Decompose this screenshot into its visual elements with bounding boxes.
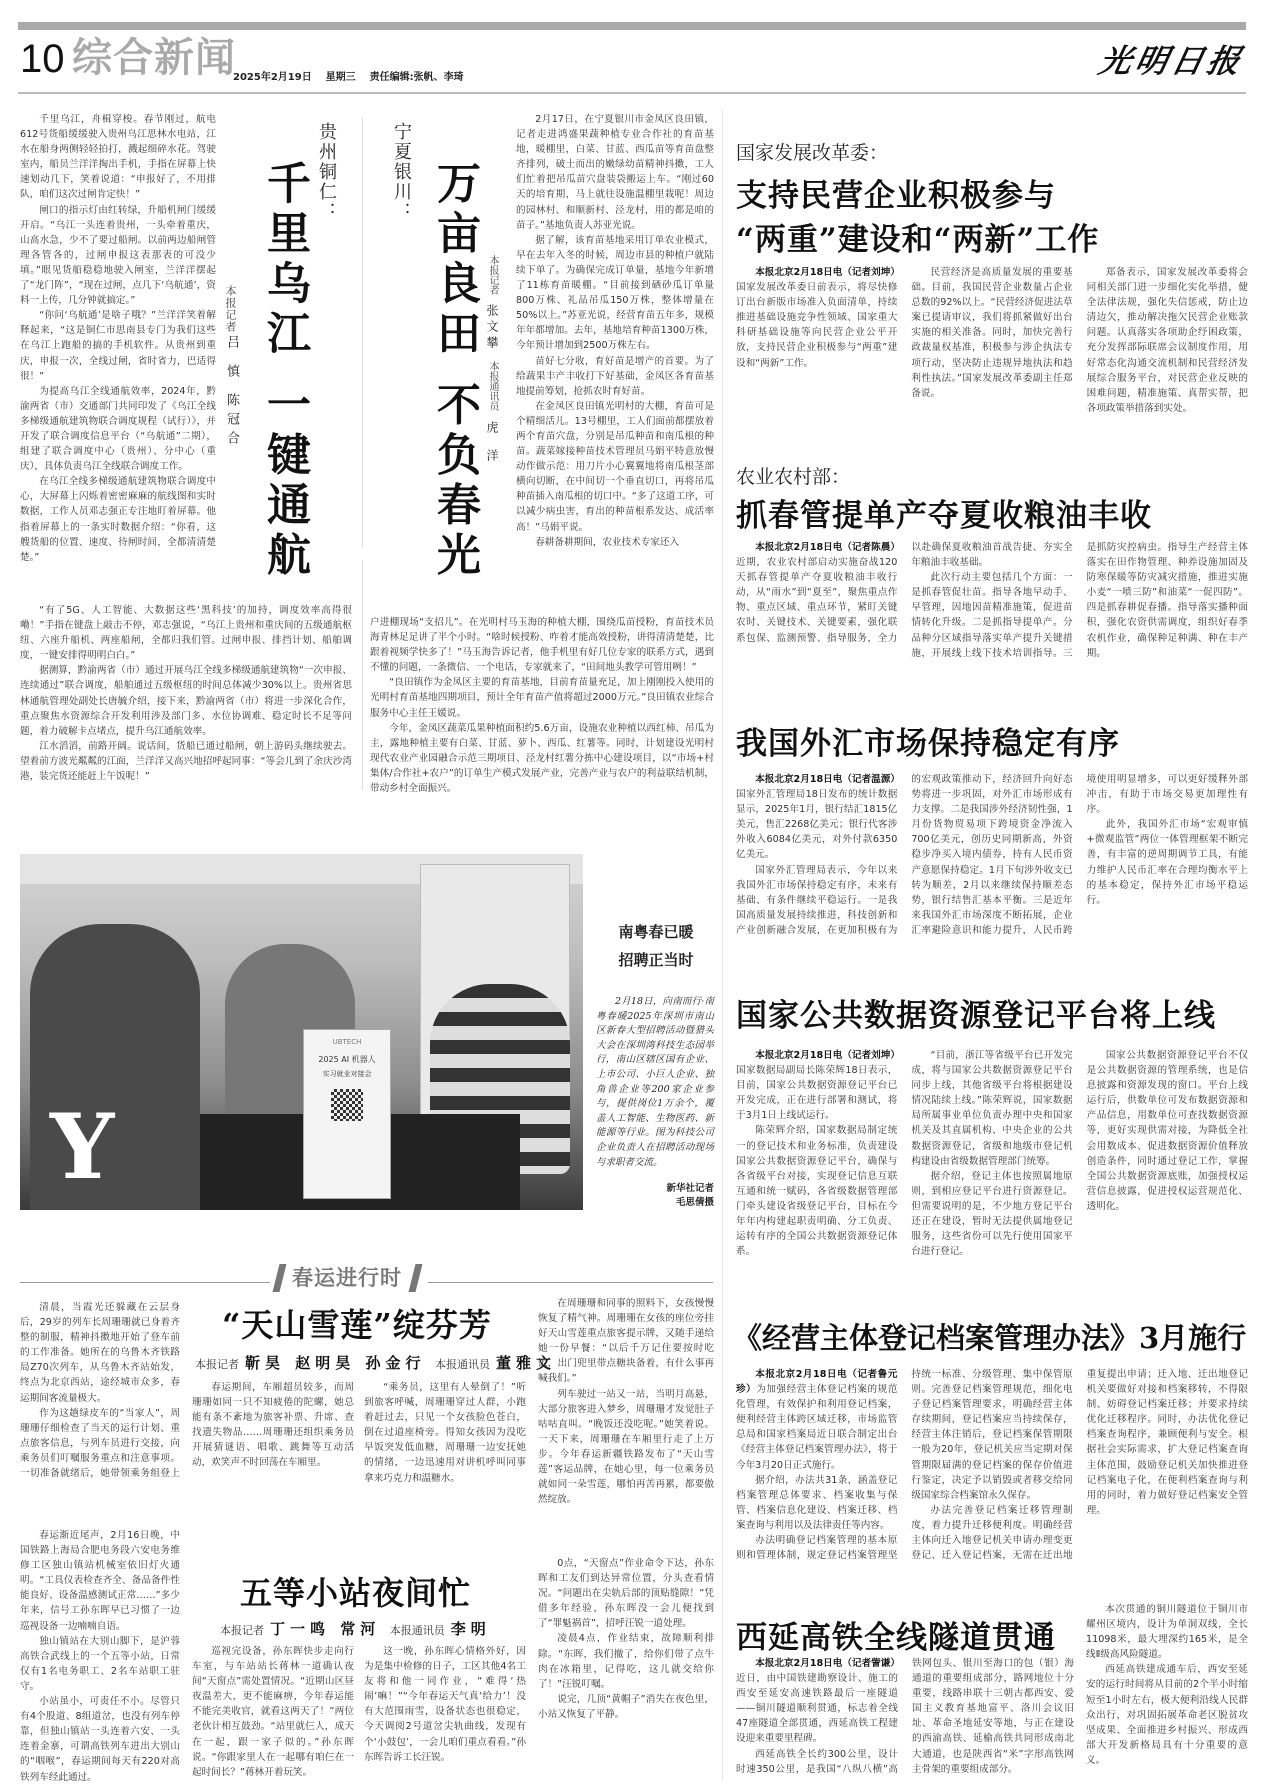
- editors: 责任编辑:张帆、李琦: [370, 72, 464, 83]
- tianshan-body-col3: “乘务员，这里有人晕倒了！”听到旅客呼喊，周珊珊穿过人群，小跑着赶过去，只见一个…: [364, 1380, 526, 1486]
- dateline: 本报北京2月18日电（记者温源）: [755, 774, 900, 785]
- banner-slash-icon: [409, 1264, 423, 1292]
- paragraph: “有了5G、人工智能、大数据这些‘黑科技’的加持，调度效率高得很嘞！”手指在键盘…: [20, 603, 352, 663]
- paragraph: “乘务员，这里有人晕倒了！”听到旅客呼喊，周珊珊穿过人群，小跑着赶过去，只见一个…: [364, 1380, 526, 1486]
- section-banner: 春运进行时: [292, 1262, 402, 1292]
- text-column: 本报北京2月18日电（记者刘坤）国家发展改革委日前表示，将尽快修订出台新版市场准…: [736, 265, 897, 416]
- paragraph: 近日，由中国铁建勘察设计、施工的西安至延安高速铁路最后一座隧道——铜川隧道顺利贯…: [736, 1673, 898, 1744]
- section-banner-rule-left: [20, 1282, 270, 1283]
- sign-text: 实习就业对接会: [304, 1069, 390, 1079]
- data-platform-headline: 国家公共数据资源登记平台将上线: [736, 990, 1216, 1035]
- paragraph: “良田镇作为金凤区主要的育苗基地，目前育苗量充足，加上刚刚投入使用的光明村育苗基…: [370, 675, 714, 720]
- paragraph: 清晨，当霞光还躲藏在云层身后，29岁的列车长周珊珊就已身着齐整的制服，精神抖擞地…: [20, 1300, 180, 1406]
- ningxia-headline: 万亩良田 不负春光: [422, 160, 486, 581]
- paragraph: 独山镇站在大别山脚下，是沪蓉高铁合武线上的一个五等小站，日常仅有1名电务职工、2…: [20, 1634, 180, 1694]
- wujiang-kicker: 贵州铜仁：: [313, 122, 339, 222]
- wujiang-byline-label: 本报记者: [222, 285, 238, 333]
- credit-line: 新华社记者: [596, 1182, 714, 1196]
- paragraph: 春运渐近尾声，2月16日晚，中国铁路上海局合肥电务段六安电务维修工区独山镇站机械…: [20, 1528, 180, 1634]
- paragraph: 国家公共数据资源登记平台不仅是公共数据资源的管理系统，也是信息披露和资源发现的窗…: [1087, 1048, 1248, 1214]
- paragraph: 千里乌江，舟楫穿梭。春节刚过，航电612号货船缓缓驶入贵州乌江思林水电站，江水在…: [20, 112, 216, 203]
- small-station-body-col2: 巡视完设备，孙东晖快步走向行车室，与车站站长蒋林一道确认夜间“天窗点”需处置情况…: [192, 1644, 354, 1790]
- paragraph: 为加强经营主体登记档案的规范化管理，有效保护和利用登记档案，便利经营主体跨区域迁…: [736, 1384, 897, 1470]
- ndrc-headline-line2: “两重”建设和“两新”工作: [736, 214, 1099, 259]
- small-station-byline: 本报记者丁一鸣 常河 本报通讯员李明: [220, 1618, 497, 1639]
- masthead-top-bar: [18, 22, 1246, 30]
- paragraph: 0点，“天窗点”作业命令下达，孙东晖和工友们到达异常位置，分头查看情况。“问题出…: [538, 1556, 714, 1631]
- paragraph: 春运期间，车厢超员较多，而周珊珊如同一只不知疲倦的陀螺，她总能有条不紊地为旅客补…: [192, 1380, 354, 1471]
- byline-label: 本报通讯员: [487, 361, 498, 411]
- section-title: 综合新闻: [72, 34, 236, 82]
- paragraph: “目前，浙江等省级平台已开发完成，将与国家公共数据资源登记平台同步上线，其他省级…: [911, 1048, 1072, 1169]
- agri-body: 本报北京2月18日电（记者陈晨）近期，农业农村部启动实施奋战120天抓春管提单产…: [736, 540, 1248, 661]
- paragraph: 据了解，该育苗基地采用订单农业模式，早在去年入冬的时候，周边市县的种植户就陆续下…: [516, 233, 714, 354]
- small-station-body-col1: 春运渐近尾声，2月16日晚，中国铁路上海局合肥电务段六安电务维修工区独山镇站机械…: [20, 1528, 180, 1788]
- tianshan-body-col1: 清晨，当霞光还躲藏在云层身后，29岁的列车长周珊珊就已身着齐整的制服，精神抖擞地…: [20, 1300, 180, 1480]
- text-column: 民营经济是高质量发展的重要基础。目前，我国民营企业数量占企业总数的92%以上。“…: [911, 265, 1072, 416]
- forex-headline: 我国外汇市场保持稳定有序: [736, 718, 1120, 763]
- recruitment-sign: UBTECH 2025 AI 机器人 实习就业对接会: [303, 1029, 391, 1199]
- page-number: 10: [20, 36, 65, 82]
- ny-logo: Y: [50, 1094, 114, 1200]
- dateline: 本报北京2月18日电（记者刘坤）: [755, 1050, 900, 1061]
- paragraph: 闸口的指示灯由红转绿，升船机闸门缓缓开启。“乌江一头连着贵州，一头牵着重庆，山高…: [20, 203, 216, 309]
- paragraph: 据介绍，办法共31条，涵盖登记档案管理总体要求、档案收集与保管、档案信息化建设、…: [736, 1473, 897, 1533]
- photo-caption: 2月18日，向南而行·南粤春暖2025年深圳市南山区新春大型招聘活动暨猎头大会在…: [596, 995, 714, 1170]
- byline-names: 丁一鸣 常河: [270, 1620, 380, 1638]
- paragraph: 陈荣辉介绍，国家数据局制定统一的登记技术和业务标准，负责建设国家公共数据资源登记…: [736, 1123, 897, 1259]
- text-column: 本报北京2月18日电（记者陈晨）近期，农业农村部启动实施奋战120天抓春管提单产…: [736, 540, 1248, 661]
- agri-headline: 抓春管提单产夺夏收粮油丰收: [736, 490, 1152, 535]
- sign-brand: UBTECH: [304, 1038, 390, 1046]
- paragraph: 这一晚，孙东晖心情格外好，因为是集中检修的日子，工区其他4名工友将和他一同作业，…: [364, 1644, 526, 1765]
- masthead-bottom-rule: [18, 92, 1246, 94]
- paragraph: 本次贯通的铜川隧道位于铜川市耀州区境内，设计为单洞双线，全长11098米，最大埋…: [1086, 1602, 1248, 1662]
- data-platform-body: 本报北京2月18日电（记者刘坤）国家数据局副局长陈荣辉18日表示，目前，国家公共…: [736, 1048, 1248, 1259]
- railway-headline: 西延高铁全线隧道贯通: [736, 1612, 1056, 1657]
- ndrc-headline-line1: 支持民营企业积极参与: [736, 170, 1056, 215]
- byline-label: 本报记者: [195, 1358, 239, 1371]
- paragraph: 民营经济是高质量发展的重要基础。目前，我国民营企业数量占企业总数的92%以上。“…: [911, 265, 1072, 401]
- agri-kicker: 农业农村部：: [736, 462, 850, 489]
- banner-slash-icon: [273, 1264, 287, 1292]
- paragraph: 户进棚现场“支招儿”。在光明村马玉海的种植大棚，围绕瓜苗授粉，育苗技术员海青林足…: [370, 615, 714, 675]
- wujiang-body-wide: “有了5G、人工智能、大数据这些‘黑科技’的加持，调度效率高得很嘞！”手指在键盘…: [20, 603, 352, 784]
- issue-weekday: 星期三: [326, 72, 356, 83]
- paragraph: 国家发展改革委日前表示，将尽快修订出台新版市场准入负面清单，持续推进基础设施竞争…: [736, 282, 897, 368]
- recruitment-photo: Y UBTECH 2025 AI 机器人 实习就业对接会: [20, 854, 583, 1210]
- ningxia-body-wide: 户进棚现场“支招儿”。在光明村马玉海的种植大棚，围绕瓜苗授粉，育苗技术员海青林足…: [370, 615, 714, 796]
- paragraph: 为提高乌江全线通航效率，2024年，黔渝两省（市）交通部门共同印发了《乌江全线多…: [20, 384, 216, 475]
- paragraph: 巡视完设备，孙东晖快步走向行车室，与车站站长蒋林一道确认夜间“天窗点”需处置情况…: [192, 1644, 354, 1780]
- byline-label: 本报记者: [220, 1624, 264, 1637]
- wujiang-headline: 千里乌江 一键通航: [252, 160, 316, 581]
- tianshan-byline: 本报记者靳昊 赵明昊 孙金行 本报通讯员董雅文: [195, 1352, 562, 1373]
- newspaper-logo: 光明日报: [1095, 36, 1249, 82]
- byline-label: 本报记者: [487, 255, 498, 295]
- paragraph: 在金凤区良田镇光明村的大棚，育苗可是个精细活儿。13号棚里，工人们面前都摆放着两…: [516, 399, 714, 535]
- byline-name: 虎 洋: [485, 421, 499, 467]
- person-jobseeker: Y: [30, 924, 200, 1210]
- tianshan-body-col4: 在周珊珊和同事的照料下，女孩慢慢恢复了精气神。周珊珊在女孩的座位旁挂好天山雪莲重…: [538, 1296, 714, 1507]
- paragraph: 在乌江全线多梯级通航建筑物联合调度中心，大屏幕上闪烁着密密麻麻的航线图和实时数据…: [20, 474, 216, 565]
- column-divider: [362, 560, 363, 790]
- paragraph: “你问‘乌航通’是啥子哦？”兰洋洋笑着解释起来，“这是铜仁市思南县专门为我们这些…: [20, 308, 216, 383]
- tianshan-headline: “天山雪莲”绽芬芳: [222, 1300, 492, 1346]
- section-banner-rule-right: [428, 1282, 713, 1283]
- paragraph: 列车驶过一站又一站，当明月高悬，大部分旅客进入梦乡，周珊珊才发觉肚子咕咕直叫。“…: [538, 1387, 714, 1508]
- archives-body: 本报北京2月18日电（记者鲁元珍）为加强经营主体登记档案的规范化管理，有效保护和…: [736, 1367, 1248, 1563]
- ndrc-kicker: 国家发展改革委：: [736, 138, 888, 165]
- photo-title: 南粤春已暖 招聘正当时: [597, 918, 715, 974]
- forex-body: 本报北京2月18日电（记者温源）国家外汇管理局18日发布的统计数据显示，2025…: [736, 772, 1248, 938]
- paragraph: 江水滔滔，前路开阔。说话间，货船已通过船闸，朝上游码头继续驶去。望着前方波光粼粼…: [20, 739, 352, 784]
- small-station-body-col4: 0点，“天窗点”作业命令下达，孙东晖和工友们到达异常位置，分头查看情况。“问题出…: [538, 1556, 714, 1722]
- paragraph: 国家数据局副局长陈荣辉18日表示，目前，国家公共数据资源登记平台已开发完成，正在…: [736, 1065, 897, 1121]
- photo-title-line: 招聘正当时: [597, 946, 715, 974]
- byline-name: 张文攀: [485, 304, 499, 352]
- ndrc-body: 本报北京2月18日电（记者刘坤）国家发展改革委日前表示，将尽快修订出台新版市场准…: [736, 265, 1248, 385]
- archives-headline: 《经营主体登记档案管理办法》3月施行: [733, 1316, 1246, 1357]
- paragraph: 在周珊珊和同事的照料下，女孩慢慢恢复了精气神。周珊珊在女孩的座位旁挂好天山雪莲重…: [538, 1296, 714, 1387]
- paragraph: 郑备表示，国家发展改革委将会同相关部门进一步细化实化举措，健全法律法规，强化失信…: [1087, 265, 1248, 416]
- wujiang-body-narrow: 千里乌江，舟楫穿梭。春节刚过，航电612号货船缓缓驶入贵州乌江思林水电站，江水在…: [20, 112, 216, 565]
- small-station-body-col3: 这一晚，孙东晖心情格外好，因为是集中检修的日子，工区其他4名工友将和他一同作业，…: [364, 1644, 526, 1790]
- paragraph: 此外，我国外汇市场“宏观审慎+微观监管”两位一体管理框架不断完善，有丰富的逆周期…: [1087, 817, 1248, 908]
- photo-credit: 新华社记者 毛思倩摄: [596, 1182, 714, 1210]
- qr-code-icon: [331, 1089, 363, 1121]
- page-column-divider: [722, 110, 723, 1780]
- byline-names: 李明: [451, 1620, 491, 1638]
- ningxia-byline: 本报记者 张文攀 本报通讯员 虎 洋: [484, 255, 501, 466]
- byline-label: 本报通讯员: [435, 1358, 490, 1371]
- paragraph: 今年，金凤区蔬菜瓜果种植面积约5.6万亩，设施农业种植以西红柿、吊瓜为主，露地种…: [370, 721, 714, 796]
- paragraph: 小站虽小，可责任不小。尽管只有4个股道、8组道岔，也没有列车停靠，但独山镇站一头…: [20, 1694, 180, 1785]
- dateline: 本报北京2月18日电（记者刘坤）: [755, 267, 900, 278]
- paragraph: 国家外汇管理局18日发布的统计数据显示，2025年1月，银行结汇1815亿美元，…: [736, 789, 897, 860]
- paragraph: 苗好七分收，育好苗是增产的首要。为了给蔬果丰产丰收打下好基础，金凤区各育苗基地提…: [516, 354, 714, 399]
- byline-names: 靳昊 赵明昊 孙金行: [245, 1354, 425, 1372]
- railway-body-right: 本次贯通的铜川隧道位于铜川市耀州区境内，设计为单洞双线，全长11098米，最大埋…: [1086, 1602, 1248, 1768]
- dateline: 本报北京2月18日电（记者訾谦）: [755, 1658, 900, 1669]
- tianshan-body-col2: 春运期间，车厢超员较多，而周珊珊如同一只不知疲倦的陀螺，她总能有条不紊地为旅客补…: [192, 1380, 354, 1471]
- paragraph: 春耕备耕期间，农业技术专家还入: [516, 535, 714, 550]
- paragraph: 说完，几顶“黄帽子”消失在夜色里，小站又恢复了平静。: [538, 1692, 714, 1722]
- paragraph: 据测算，黔渝两省（市）通过开展乌江全线多梯级通航建筑物“一次申报、连续通过”联合…: [20, 663, 352, 738]
- paragraph: 2月17日，在宁夏银川市金凤区良田镇，记者走进鸿盛果蔬种植专业合作社的育苗基地，…: [516, 112, 714, 233]
- dateline: 本报北京2月18日电（记者陈晨）: [755, 542, 900, 553]
- paragraph: 作为这趟绿皮车的“当家人”，周珊珊仔细检查了当天的运行计划、重点旅客信息，与列车…: [20, 1406, 180, 1480]
- paragraph: 据介绍，登记主体也按照属地原则，到相应登记平台进行资源登记。但需要说明的是，不少…: [911, 1169, 1072, 1260]
- railway-body-left: 本报北京2月18日电（记者訾谦）近日，由中国铁建勘察设计、施工的西安至延安高速铁…: [736, 1656, 1074, 1788]
- text-column: 郑备表示，国家发展改革委将会同相关部门进一步细化实化举措，健全法律法规，强化失信…: [1087, 265, 1248, 416]
- paragraph: 凌晨4点，作业结束，故障顺利排除。“东晖，我们撤了，给你们带了点牛肉在冰箱里，记…: [538, 1631, 714, 1691]
- byline-label: 本报通讯员: [390, 1624, 445, 1637]
- paragraph: 西延高铁建成通车后，西安至延安的运行时间将从目前的2个半小时缩短至1小时左右，极…: [1086, 1662, 1248, 1768]
- sign-text: 2025 AI 机器人: [304, 1054, 390, 1065]
- credit-line: 毛思倩摄: [596, 1196, 714, 1210]
- masthead-meta: 2025年2月19日 星期三 责任编辑:张帆、李琦: [233, 68, 464, 83]
- photo-title-line: 南粤春已暖: [597, 918, 715, 946]
- ningxia-body-narrow: 2月17日，在宁夏银川市金凤区良田镇，记者走进鸿盛果蔬种植专业合作社的育苗基地，…: [516, 112, 714, 550]
- wujiang-byline-names: 吕 慎 陈冠合: [222, 335, 241, 450]
- small-station-headline: 五等小站夜间忙: [240, 1568, 471, 1614]
- column-divider: [362, 118, 363, 548]
- ningxia-kicker: 宁夏银川：: [388, 122, 414, 222]
- issue-date: 2025年2月19日: [233, 72, 312, 83]
